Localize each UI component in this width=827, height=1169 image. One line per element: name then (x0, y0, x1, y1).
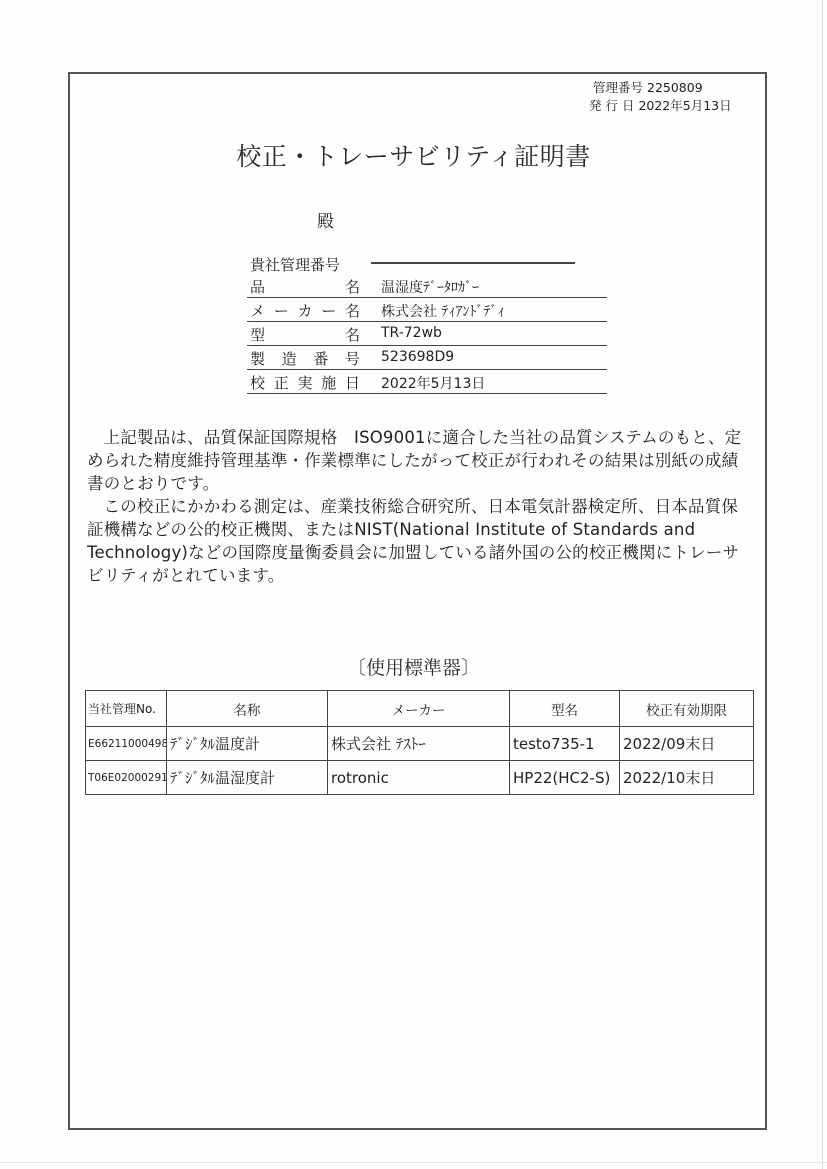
label-char: 名 (345, 324, 360, 345)
table-header-row: 当社管理No. 名称 メーカー 型名 校正有効期限 (86, 691, 754, 727)
cell-name: ﾃﾞｼﾞﾀﾙ温湿度計 (167, 761, 328, 795)
issue-date: 発 行 日 2022年5月13日 (589, 96, 732, 114)
cell-mgmt-no: T06E02000291 (86, 761, 167, 795)
label-char: 正 (274, 372, 289, 393)
issue-date-label: 発 行 日 (589, 98, 634, 113)
cell-name: ﾃﾞｼﾞﾀﾙ温度計 (167, 727, 328, 761)
statement-paragraph-2: この校正にかかわる測定は、産業技術総合研究所、日本電気計器検定所、日本品質保証機… (87, 495, 752, 587)
blank-fill-line (371, 262, 575, 264)
certificate-border (68, 72, 767, 1130)
info-row-product-name: 品 名 温湿度ﾃﾞｰﾀﾛｶﾞｰ (247, 274, 607, 298)
info-value: TR-72wb (381, 325, 442, 341)
cell-model: testo735-1 (510, 727, 620, 761)
label-char: 番 (313, 348, 328, 369)
cell-expiry: 2022/09末日 (620, 727, 754, 761)
statement-paragraph-1: 上記製品は、品質保証国際規格 ISO9001に適合した当社の品質システムのもと、… (87, 426, 752, 495)
label-char: 校 (250, 372, 265, 393)
info-label: 型 名 (250, 324, 360, 345)
info-label: メ ー カ ー 名 (250, 300, 360, 321)
label-char: メ (250, 300, 265, 321)
info-label: 校 正 実 施 日 (250, 372, 360, 393)
info-row-maker: メ ー カ ー 名 株式会社 ﾃｨｱﾝﾄﾞﾃﾞｨ (247, 298, 607, 322)
info-value: 株式会社 ﾃｨｱﾝﾄﾞﾃﾞｨ (381, 301, 504, 321)
table-row: E66211000498 ﾃﾞｼﾞﾀﾙ温度計 株式会社 ﾃｽﾄｰ testo73… (86, 727, 754, 761)
info-row-customer-mgmt-no: 貴社管理番号 (247, 252, 607, 274)
label-char: 製 (250, 348, 265, 369)
column-header-name: 名称 (167, 691, 328, 727)
info-value: 2022年5月13日 (381, 373, 485, 393)
cell-maker: 株式会社 ﾃｽﾄｰ (328, 727, 510, 761)
label-char: 施 (321, 372, 336, 393)
column-header-expiry: 校正有効期限 (620, 691, 754, 727)
label-char: 日 (345, 372, 360, 393)
cell-mgmt-no: E66211000498 (86, 727, 167, 761)
label-char: 名 (345, 300, 360, 321)
customer-mgmt-no-label: 貴社管理番号 (250, 254, 340, 275)
management-number-label: 管理番号 (593, 80, 643, 95)
product-info-block: 貴社管理番号 品 名 温湿度ﾃﾞｰﾀﾛｶﾞｰ メ ー カ ー 名 株式会社 ﾃｨ… (247, 252, 607, 394)
label-char: 名 (345, 276, 360, 297)
info-value: 温湿度ﾃﾞｰﾀﾛｶﾞｰ (381, 277, 479, 297)
column-header-maker: メーカー (328, 691, 510, 727)
info-label: 貴社管理番号 (250, 254, 360, 275)
label-char: 実 (297, 372, 312, 393)
cell-expiry: 2022/10末日 (620, 761, 754, 795)
label-char: ー (321, 300, 336, 321)
info-row-model: 型 名 TR-72wb (247, 322, 607, 346)
management-number: 管理番号 2250809 (593, 78, 703, 96)
cell-model: HP22(HC2-S) (510, 761, 620, 795)
page-edge (0, 1162, 827, 1163)
standards-table: 当社管理No. 名称 メーカー 型名 校正有効期限 E66211000498 ﾃ… (85, 690, 754, 795)
table-row: T06E02000291 ﾃﾞｼﾞﾀﾙ温湿度計 rotronic HP22(HC… (86, 761, 754, 795)
label-char: 品 (250, 276, 265, 297)
certificate-statement: 上記製品は、品質保証国際規格 ISO9001に適合した当社の品質システムのもと、… (87, 426, 752, 587)
label-char: 号 (345, 348, 360, 369)
addressee-honorific: 殿 (317, 207, 334, 232)
issue-date-value: 2022年5月13日 (638, 98, 731, 113)
page-edge (822, 0, 823, 1169)
info-value: 523698D9 (381, 349, 454, 365)
standards-heading: 〔使用標準器〕 (0, 653, 827, 680)
info-row-serial-number: 製 造 番 号 523698D9 (247, 346, 607, 370)
document-title: 校正・トレーサビリティ証明書 (0, 137, 827, 173)
label-char: カ (297, 300, 312, 321)
label-char: 型 (250, 324, 265, 345)
label-char: 造 (282, 348, 297, 369)
info-label: 製 造 番 号 (250, 348, 360, 369)
cell-maker: rotronic (328, 761, 510, 795)
info-label: 品 名 (250, 276, 360, 297)
column-header-mgmt-no: 当社管理No. (86, 691, 167, 727)
info-row-calibration-date: 校 正 実 施 日 2022年5月13日 (247, 370, 607, 394)
column-header-model: 型名 (510, 691, 620, 727)
management-number-value: 2250809 (647, 80, 703, 95)
label-char: ー (274, 300, 289, 321)
